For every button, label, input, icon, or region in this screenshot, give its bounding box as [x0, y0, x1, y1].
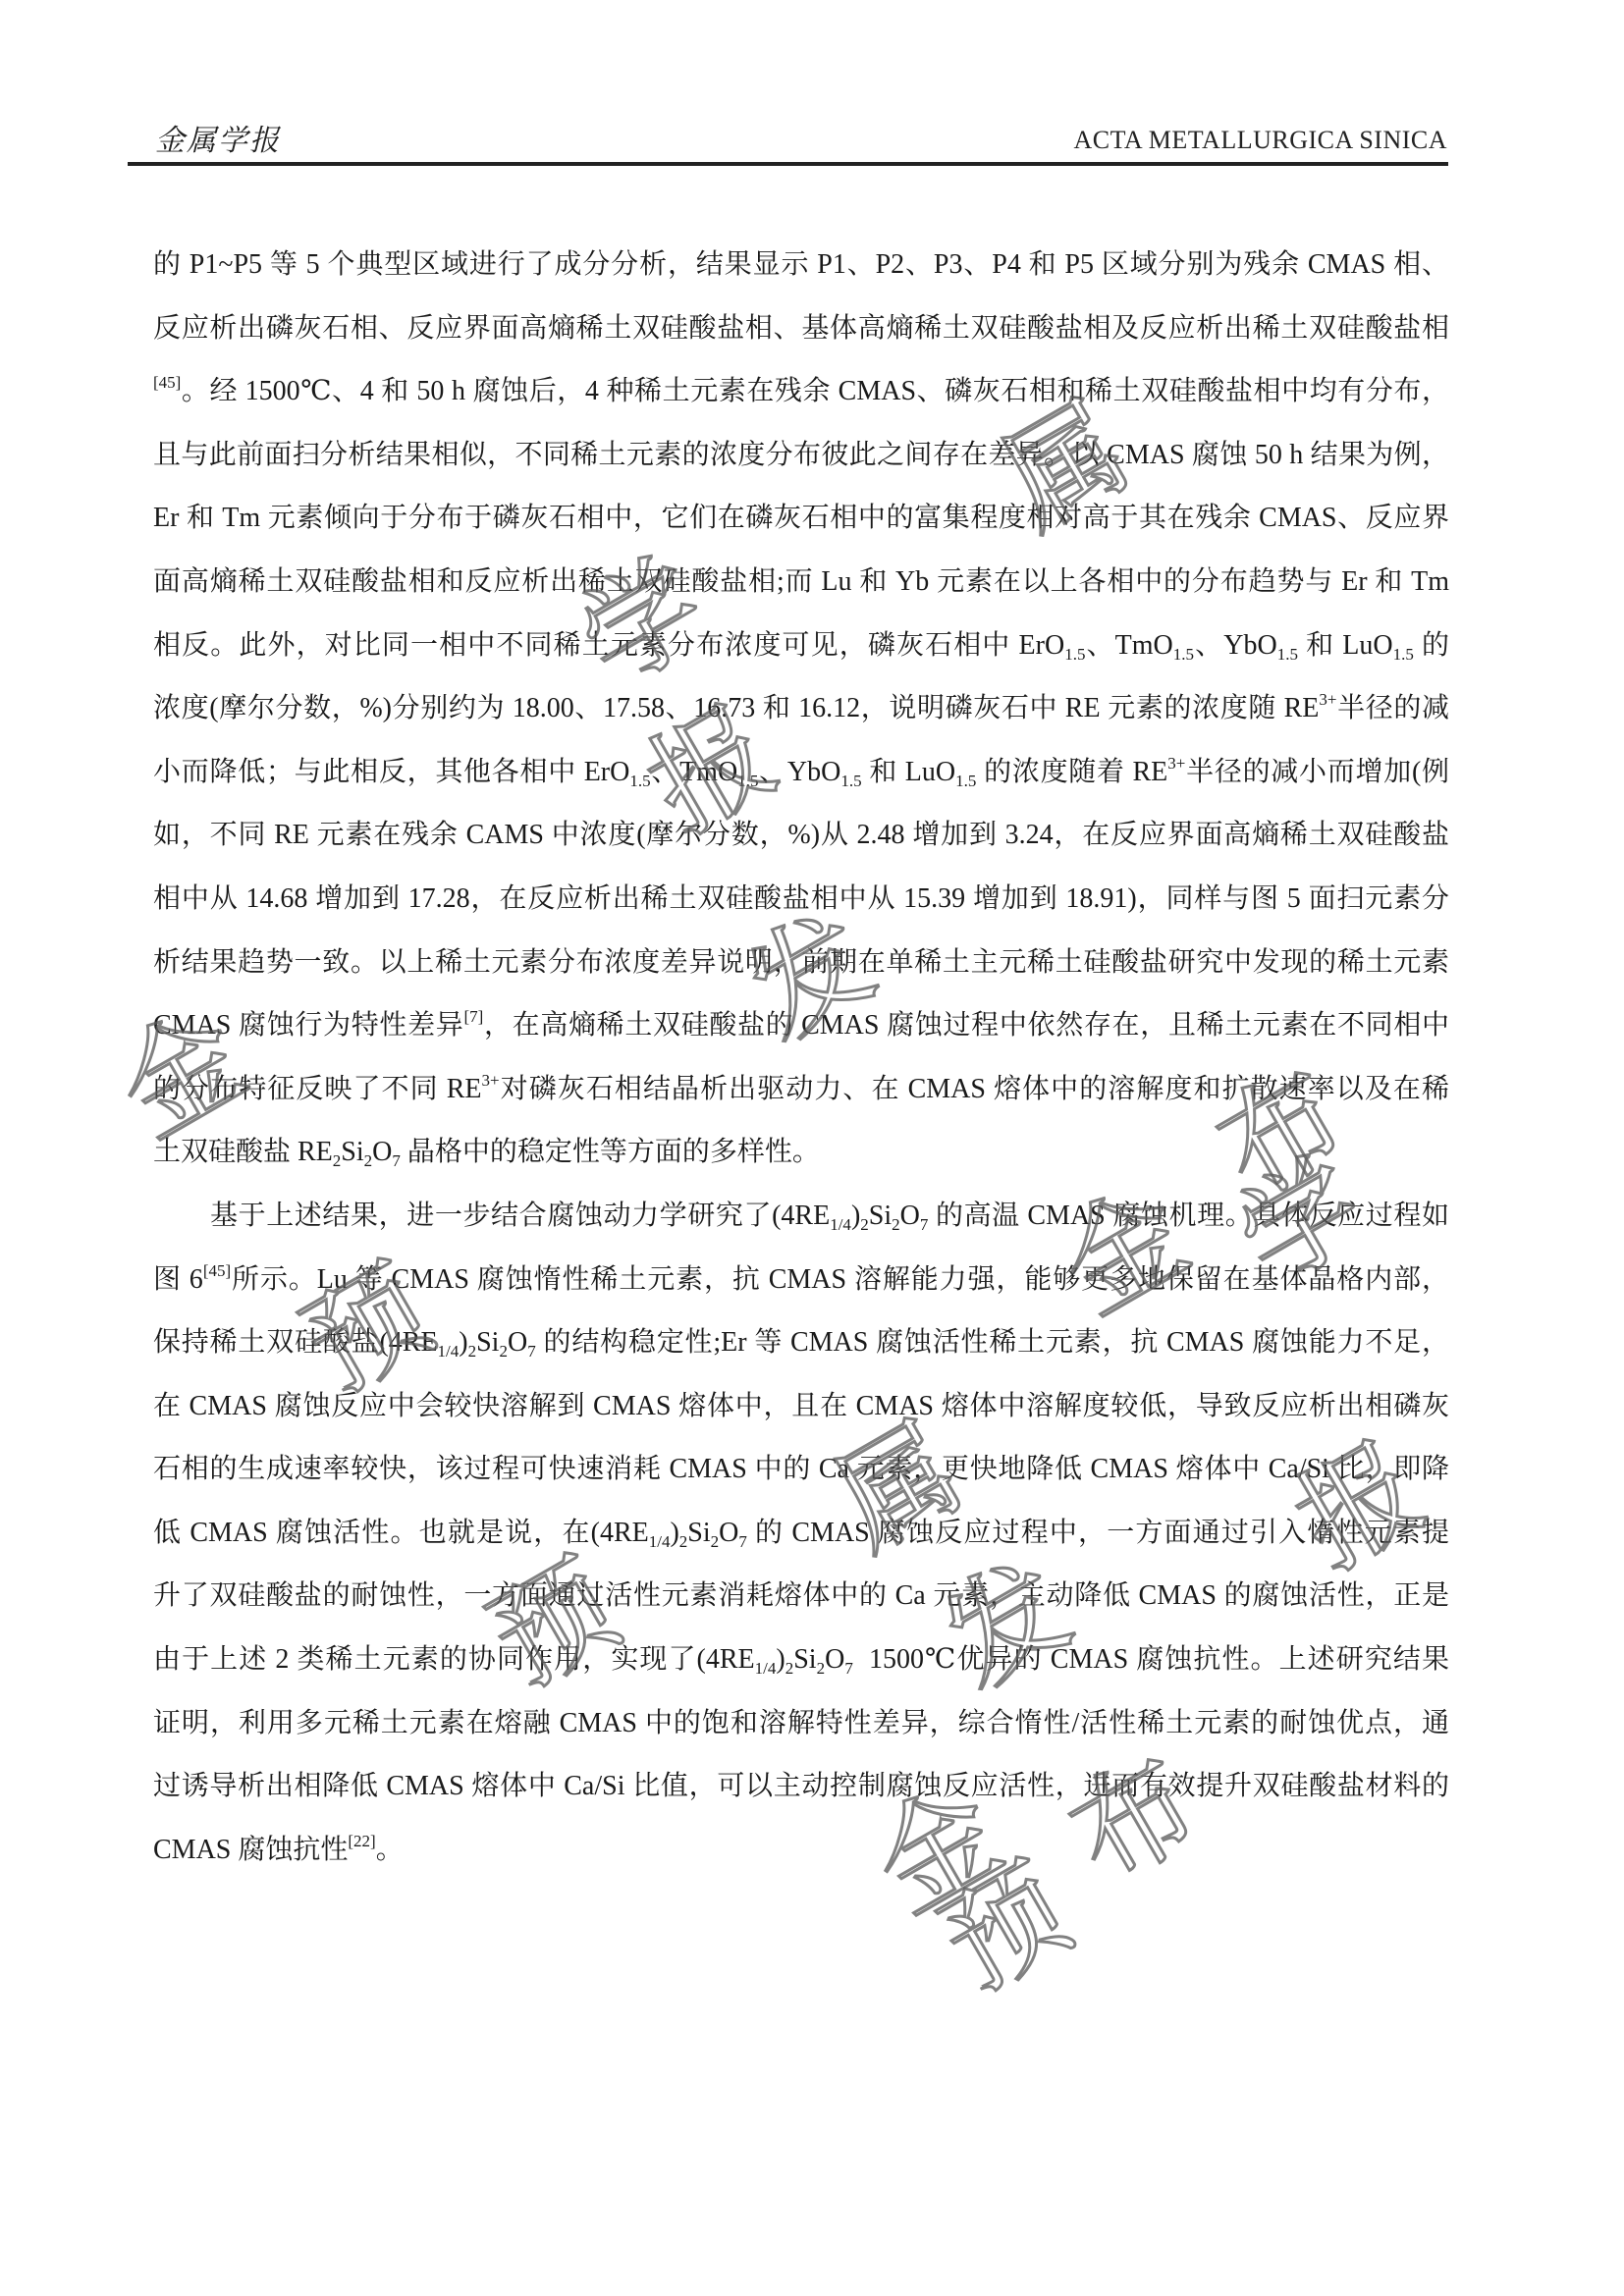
text-line: 石相的生成速率较快，该过程可快速消耗 CMAS 中的 Ca 元素，更快地降低 C… — [153, 1446, 1449, 1510]
text-line: 的 P1~P5 等 5 个典型区域进行了成分分析，结果显示 P1、P2、P3、P… — [153, 241, 1449, 305]
text-line: 相中从 14.68 增加到 17.28，在反应析出稀土双硅酸盐相中从 15.39… — [153, 876, 1449, 939]
citation[interactable]: [22] — [348, 1832, 375, 1850]
journal-name: ACTA METALLURGICA SINICA — [1073, 126, 1447, 155]
text-line: 且与此前面扫分析结果相似，不同稀土元素的浓度分布彼此之间存在差异。以 CMAS … — [153, 432, 1449, 496]
paragraph-2: 基于上述结果，进一步结合腐蚀动力学研究了(4RE1/4)2Si2O7 的高温 C… — [153, 1193, 1449, 1891]
text-line: Er 和 Tm 元素倾向于分布于磷灰石相中，它们在磷灰石相中的富集程度相对高于其… — [153, 495, 1449, 559]
text-line: CMAS 腐蚀行为特性差异[7]，在高熵稀土双硅酸盐的 CMAS 腐蚀过程中依然… — [153, 1002, 1449, 1066]
citation[interactable]: [7] — [463, 1007, 483, 1026]
text-line: 相反。此外，对比同一相中不同稀土元素分布浓度可见，磷灰石相中 ErO1.5、Tm… — [153, 622, 1449, 686]
text-line: [45]。经 1500℃、4 和 50 h 腐蚀后，4 种稀土元素在残余 CMA… — [153, 368, 1449, 432]
text-line: 图 6[45]所示。Lu 等 CMAS 腐蚀惰性稀土元素，抗 CMAS 溶解能力… — [153, 1256, 1449, 1320]
text-line: 面高熵稀土双硅酸盐相和反应析出稀土双硅酸盐相;而 Lu 和 Yb 元素在以上各相… — [153, 559, 1449, 622]
text-line: 升了双硅酸盐的耐蚀性，一方面通过活性元素消耗熔体中的 Ca 元素，主动降低 CM… — [153, 1573, 1449, 1636]
text-line: 低 CMAS 腐蚀活性。也就是说，在(4RE1/4)2Si2O7 的 CMAS … — [153, 1510, 1449, 1574]
journal-logo: 金属学报 — [155, 116, 281, 159]
text-line: 的分布特征反映了不同 RE3+对磷灰石相结晶析出驱动力、在 CMAS 熔体中的溶… — [153, 1066, 1449, 1130]
text-line: 由于上述 2 类稀土元素的协同作用，实现了(4RE1/4)2Si2O7 1500… — [153, 1636, 1449, 1700]
text-line: 在 CMAS 腐蚀反应中会较快溶解到 CMAS 熔体中，且在 CMAS 熔体中溶… — [153, 1383, 1449, 1447]
text-line: 反应析出磷灰石相、反应界面高熵稀土双硅酸盐相、基体高熵稀土双硅酸盐相及反应析出稀… — [153, 305, 1449, 369]
citation[interactable]: [45] — [153, 373, 181, 392]
paragraph-1: 的 P1~P5 等 5 个典型区域进行了成分分析，结果显示 P1、P2、P3、P… — [153, 241, 1449, 1193]
text-line: 小而降低；与此相反，其他各相中 ErO1.5、TmO1.5、YbO1.5 和 L… — [153, 749, 1449, 813]
article-body: 的 P1~P5 等 5 个典型区域进行了成分分析，结果显示 P1、P2、P3、P… — [153, 241, 1449, 1890]
text-line: 析结果趋势一致。以上稀土元素分布浓度差异说明，前期在单稀土主元稀土硅酸盐研究中发… — [153, 939, 1449, 1003]
text-line: CMAS 腐蚀抗性[22]。 — [153, 1827, 1449, 1891]
text-line: 基于上述结果，进一步结合腐蚀动力学研究了(4RE1/4)2Si2O7 的高温 C… — [153, 1193, 1449, 1256]
text-line: 浓度(摩尔分数，%)分别约为 18.00、17.58、16.73 和 16.12… — [153, 685, 1449, 749]
citation[interactable]: [45] — [203, 1261, 231, 1280]
header-divider — [128, 162, 1448, 166]
text-line: 如，不同 RE 元素在残余 CAMS 中浓度(摩尔分数，%)从 2.48 增加到… — [153, 812, 1449, 876]
text-line: 保持稀土双硅酸盐(4RE1/4)2Si2O7 的结构稳定性;Er 等 CMAS … — [153, 1319, 1449, 1383]
text-line: 过诱导析出相降低 CMAS 熔体中 Ca/Si 比值，可以主动控制腐蚀反应活性，… — [153, 1763, 1449, 1827]
text-line: 证明，利用多元稀土元素在熔融 CMAS 中的饱和溶解特性差异，综合惰性/活性稀土… — [153, 1700, 1449, 1764]
text-line: 土双硅酸盐 RE2Si2O7 晶格中的稳定性等方面的多样性。 — [153, 1129, 1449, 1193]
